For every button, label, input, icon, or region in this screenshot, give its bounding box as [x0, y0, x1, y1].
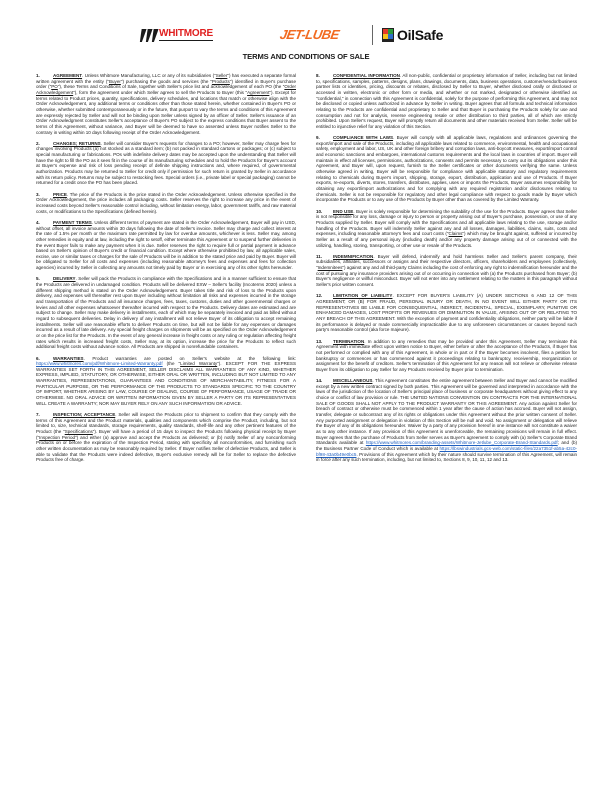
section-text: . EXCEPT FOR BUYER'S LIABILITY (A) UNDER…: [316, 293, 577, 332]
section-heading: LIMITATION OF LIABILITY: [333, 293, 392, 298]
section-heading: WARRANTIES: [53, 356, 84, 361]
section-heading: AGREEMENT: [53, 73, 82, 78]
section-text: . All non-public, confidential or propri…: [316, 73, 577, 129]
defined-term: Claims: [449, 231, 463, 236]
section-text: ") purchasing the goods and services (th…: [121, 79, 212, 84]
section-1: 1.AGREEMENT. Unless Whitmore Manufacturi…: [36, 73, 296, 135]
section-text: "). Except for terms related to Product …: [36, 90, 296, 135]
section-heading: CONFIDENTIAL INFORMATION: [333, 73, 400, 78]
section-text: ") and either (a) approve and accept the…: [36, 435, 296, 463]
section-12: 12.LIMITATION OF LIABILITY. EXCEPT FOR B…: [316, 293, 577, 333]
section-8: 8.CONFIDENTIAL INFORMATION. All non-publ…: [316, 73, 577, 130]
whitmore-logo: WHITMORE: [140, 27, 213, 43]
whitmore-wordmark: WHITMORE: [159, 29, 213, 41]
section-2: 2.CHANGES; RETURNS. Seller will consider…: [36, 141, 296, 186]
defined-term: Products: [212, 79, 230, 84]
section-14: 14.MISCELLANEOUS. This Agreement constit…: [316, 378, 577, 463]
left-column: 1.AGREEMENT. Unless Whitmore Manufacturi…: [36, 73, 296, 469]
section-heading: TERMINATION: [333, 339, 364, 344]
defined-term: Indemnitees: [318, 265, 343, 270]
section-heading: INSPECTION; ACCEPTANCE: [53, 412, 115, 417]
defined-term: Limited Warranty: [180, 361, 217, 366]
section-text: "). EXCEPT FOR THE EXPRESS WARRANTIES SE…: [36, 361, 296, 406]
section-3: 3.PRICE. The price of the Products is th…: [36, 192, 296, 215]
defined-term: Seller: [216, 73, 228, 78]
section-text: . Seller will consider Buyer's requests …: [36, 141, 296, 186]
section-heading: MISCELLANEOUS: [333, 378, 372, 383]
section-text: . In addition to any remedies that may b…: [316, 339, 577, 372]
section-text: "), form the agreement under which Selle…: [73, 90, 247, 95]
jetlube-logo: JET-LUBE: [279, 27, 340, 42]
section-9: 9.COMPLIANCE WITH LAWS. Buyer will compl…: [316, 135, 577, 203]
section-5: 5.DELIVERY. Seller will pack the Product…: [36, 276, 296, 350]
section-text: . This Agreement constitutes the entire …: [316, 378, 577, 445]
section-heading: PAYMENT TERMS: [53, 220, 92, 225]
whitmore-mark-icon: [140, 29, 157, 42]
section-heading: CHANGES; RETURNS: [53, 141, 101, 146]
defined-term: Buyer: [109, 79, 121, 84]
section-13: 13.TERMINATION. In addition to any remed…: [316, 339, 577, 373]
section-heading: END USE: [333, 209, 353, 214]
section-11: 11.INDEMNIFICATION. Buyer will defend, i…: [316, 254, 577, 288]
section-6: 6.WARRANTIES. Product warranties are pos…: [36, 356, 296, 407]
section-text: (the ": [163, 361, 181, 366]
hyperlink[interactable]: https://www.whitmores.com/pdf/Whitmore-L…: [36, 361, 163, 366]
section-heading: PRICE: [53, 192, 67, 197]
defined-term: PO: [51, 84, 58, 89]
defined-term: Agreement: [247, 90, 269, 95]
section-7: 7.INSPECTION; ACCEPTANCE. Seller will in…: [36, 412, 296, 463]
oilsafe-wordmark: OilSafe: [397, 27, 443, 43]
section-text: . Product warranties are posted on Selle…: [84, 356, 296, 361]
section-heading: COMPLIANCE WITH LAWS: [333, 135, 393, 140]
oilsafe-logo: OilSafe: [382, 27, 443, 43]
right-column: 8.CONFIDENTIAL INFORMATION. All non-publ…: [316, 73, 577, 469]
section-10: 10.END USE. Buyer is solely responsible …: [316, 209, 577, 249]
section-heading: INDEMNIFICATION: [333, 254, 373, 259]
document-title: TERMS AND CONDITIONS OF SALE: [0, 52, 612, 61]
section-text: . Buyer will comply with all applicable …: [316, 135, 577, 202]
section-text: . Provisions of this Agreement which by …: [316, 452, 577, 463]
section-4: 4.PAYMENT TERMS. Unless different terms …: [36, 220, 296, 271]
section-text: . The price of the Products is the price…: [36, 192, 296, 214]
section-text: "), these Terms and Conditions of Sale, …: [58, 84, 285, 89]
section-text: . Seller will pack the Products in compl…: [36, 276, 296, 349]
defined-term: Specifications: [65, 429, 93, 434]
defined-term: Inspection Period: [39, 435, 75, 440]
logo-divider: [372, 25, 373, 45]
brand-logos: WHITMORE JET-LUBE OilSafe: [0, 25, 612, 47]
section-text: . Unless Whitmore Manufacturing, LLC or …: [82, 73, 216, 78]
section-heading: DELIVERY: [53, 276, 76, 281]
hyperlink[interactable]: https://www.whitmores.com/branding-asset…: [366, 440, 558, 445]
oilsafe-mark-icon: [382, 28, 394, 42]
section-text: ") against any and all third-party Claim…: [316, 265, 577, 287]
section-text: . Unless different terms of payment are …: [36, 220, 296, 270]
